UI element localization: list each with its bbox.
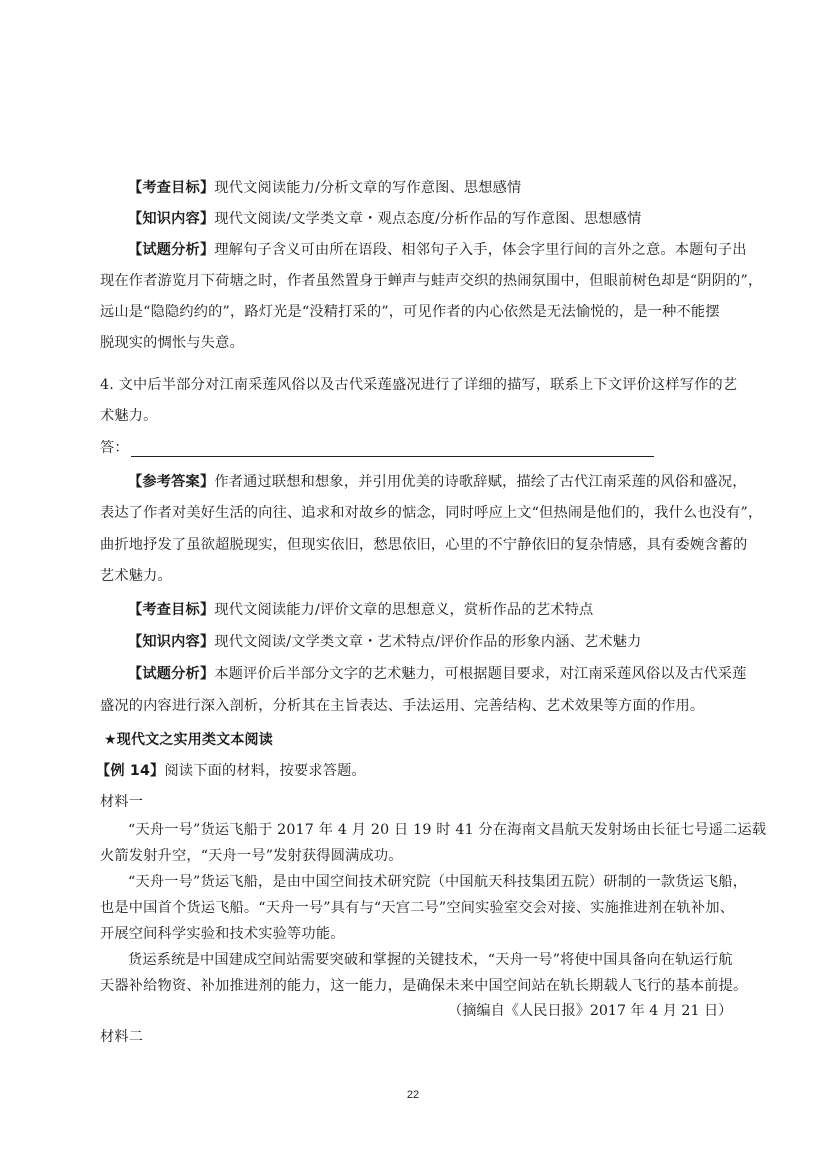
q4-analysis-tag: 【试题分析】 — [128, 666, 214, 682]
material2-label: 材料二 — [100, 1027, 740, 1047]
q3-knowledge-line: 【知识内容】现代文阅读/文学类文章・观点态度/分析作品的写作意图、思想感情 — [128, 209, 768, 229]
q4-question-line-1: 4. 文中后半部分对江南采莲风俗以及古代采莲盛况进行了详细的描写，联系上下文评价… — [100, 375, 740, 395]
q3-analysis-line-1: 【试题分析】理解句子含义可由所在语段、相邻句子入手，体会字里行间的言外之意。本题… — [128, 240, 768, 260]
q4-question-line-2: 术魅力。 — [100, 406, 740, 426]
material1-line-2: 火箭发射升空，“天舟一号”发射获得圆满成功。 — [100, 846, 740, 866]
q3-analysis-text: 理解句子含义可由所在语段、相邻句子入手，体会字里行间的言外之意。本题句子出 — [214, 242, 746, 258]
material1-source: （摘编自《人民日报》2017 年 4 月 21 日） — [448, 1001, 732, 1021]
q3-target-line: 【考查目标】现代文阅读能力/分析文章的写作意图、思想感情 — [128, 178, 768, 198]
q4-analysis-line-1: 【试题分析】本题评价后半部分文字的艺术魅力，可根据题目要求，对江南采莲风俗以及古… — [128, 664, 768, 684]
q3-analysis-line-4: 脱现实的惆怅与失意。 — [100, 333, 740, 353]
material1-line-1: “天舟一号”货运飞船于 2017 年 4 月 20 日 19 时 41 分在海南… — [128, 820, 768, 840]
q4-knowledge-line: 【知识内容】现代文阅读/文学类文章・艺术特点/评价作品的形象内涵、艺术魅力 — [128, 632, 768, 652]
material1-line-5: 开展空间科学实验和技术实验等功能。 — [100, 924, 740, 944]
q4-reference-text: 作者通过联想和想象，并引用优美的诗歌辞赋，描绘了古代江南采莲的风俗和盛况， — [214, 474, 746, 490]
q4-reference-line-3: 曲折地抒发了虽欲超脱现实，但现实依旧，愁思依旧，心里的不宁静依旧的复杂情感，具有… — [100, 535, 740, 555]
q3-analysis-line-3: 远山是“隐隐约约的”，路灯光是“没精打采的”，可见作者的内心依然是无法愉悦的，是… — [100, 302, 740, 322]
example-line: 【例 14】阅读下面的材料，按要求答题。 — [96, 761, 736, 781]
q4-target-tag: 【考查目标】 — [128, 602, 214, 618]
q4-analysis-line-2: 盛况的内容进行深入剖析，分析其在主旨表达、手法运用、完善结构、艺术效果等方面的作… — [100, 696, 740, 716]
q4-target-text: 现代文阅读能力/评价文章的思想意义，赏析作品的艺术特点 — [214, 602, 593, 618]
q4-target-line: 【考查目标】现代文阅读能力/评价文章的思想意义，赏析作品的艺术特点 — [128, 600, 768, 620]
q4-answer-label: 答： — [100, 438, 740, 458]
q3-target-text: 现代文阅读能力/分析文章的写作意图、思想感情 — [214, 180, 521, 196]
material1-line-3: “天舟一号”货运飞船，是由中国空间技术研究院（中国航天科技集团五院）研制的一款货… — [128, 872, 768, 892]
material1-line-7: 天器补给物资、补加推进剂的能力，这一能力，是确保未来中国空间站在轨长期载人飞行的… — [100, 976, 740, 996]
q4-reference-line-1: 【参考答案】作者通过联想和想象，并引用优美的诗歌辞赋，描绘了古代江南采莲的风俗和… — [128, 472, 768, 492]
q3-target-tag: 【考查目标】 — [128, 180, 214, 196]
q4-reference-tag: 【参考答案】 — [128, 474, 214, 490]
q4-reference-line-2: 表达了作者对美好生活的向往、追求和对故乡的惦念，同时呼应上文“但热闹是他们的，我… — [100, 503, 740, 523]
document-page: 【考查目标】现代文阅读能力/分析文章的写作意图、思想感情 【知识内容】现代文阅读… — [0, 0, 826, 1169]
example-text: 阅读下面的材料，按要求答题。 — [164, 763, 365, 779]
q4-reference-line-4: 艺术魅力。 — [100, 566, 740, 586]
q3-knowledge-tag: 【知识内容】 — [128, 211, 214, 227]
material1-label: 材料一 — [100, 792, 740, 812]
material1-line-4: 也是中国首个货运飞船。“天舟一号”具有与“天宫二号”空间实验室交会对接、实施推进… — [100, 898, 740, 918]
page-number: 22 — [0, 1089, 826, 1101]
q3-analysis-line-2: 现在作者游览月下荷塘之时，作者虽然置身于蝉声与蛙声交织的热闹氛围中，但眼前树色却… — [100, 271, 740, 291]
answer-blank-line[interactable] — [131, 456, 654, 457]
q4-knowledge-tag: 【知识内容】 — [128, 634, 214, 650]
q4-knowledge-text: 现代文阅读/文学类文章・艺术特点/评价作品的形象内涵、艺术魅力 — [214, 634, 641, 650]
material1-line-6: 货运系统是中国建成空间站需要突破和掌握的关键技术，“天舟一号”将使中国具备向在轨… — [128, 950, 768, 970]
q3-analysis-tag: 【试题分析】 — [128, 242, 214, 258]
q3-knowledge-text: 现代文阅读/文学类文章・观点态度/分析作品的写作意图、思想感情 — [214, 211, 641, 227]
q4-analysis-text: 本题评价后半部分文字的艺术魅力，可根据题目要求，对江南采莲风俗以及古代采莲 — [214, 666, 746, 682]
example-tag: 【例 14】 — [96, 763, 164, 779]
section-heading: ★现代文之实用类文本阅读 — [104, 730, 744, 750]
